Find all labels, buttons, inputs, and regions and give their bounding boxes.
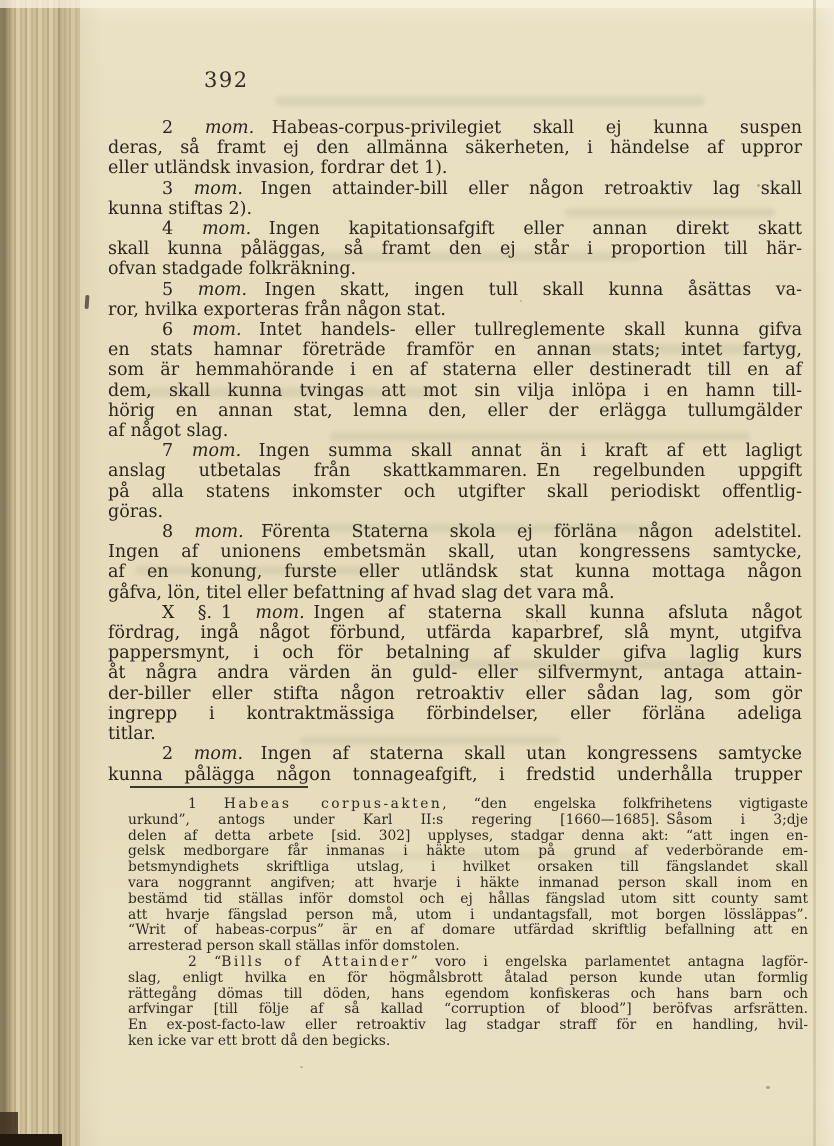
body-text-line: Ingen af unionens embetsmän skall, utan … (108, 542, 802, 562)
book-bottom-edge (0, 1134, 62, 1146)
body-text-line: på alla statens inkomster och utgifter s… (108, 482, 802, 502)
body-text-line: 8 mom. Förenta Staterna skola ej förläna… (108, 522, 802, 542)
page-right-edge (817, 0, 834, 1146)
footnote-line: bestämd tid ställas inför domstol och ej… (128, 892, 808, 908)
body-text-line: ingrepp i kontraktmässiga förbindelser, … (108, 704, 802, 724)
footnote-line: urkund”, antogs under Karl II:s regering… (128, 813, 808, 829)
footnote-line: att hvarje fängslad person må, utom i un… (128, 908, 808, 924)
scanned-book-page: 392 2 mom. Habeas-corpus-privilegiet ska… (0, 0, 834, 1146)
body-text-line: der-biller eller stifta någon retroaktiv… (108, 684, 802, 704)
body-text-line: pappersmynt, i och för betalning af skul… (108, 643, 802, 663)
body-text-line: en stats hamnar företräde framför en ann… (108, 340, 802, 360)
footnote-line: 1 Habeas corpus-akten, “den engelska fol… (128, 797, 808, 813)
footnote-line: gelsk medborgare får inmanas i häkte uto… (128, 844, 808, 860)
footnote-line: rättegång dömas till döden, hans egendom… (128, 987, 808, 1003)
footnote-line: delen af detta arbete [sid. 302] upplyse… (128, 829, 808, 845)
footnote-line: arresterad person skall ställas inför do… (128, 939, 808, 955)
footnote-line: arfvingar [till följe af så kallad “corr… (128, 1002, 808, 1018)
body-text-line: 7 mom. Ingen summa skall annat än i kraf… (108, 441, 802, 461)
footnote-line: 2 “Bills of Attainder” voro i engelska p… (128, 955, 808, 971)
body-text: 2 mom. Habeas-corpus-privilegiet skall e… (108, 118, 802, 785)
page-right-crease (813, 0, 816, 1146)
body-text-line: kunna stiftas 2). (108, 199, 802, 219)
footnote-line: betsmyndighets skriftliga utslag, i hvil… (128, 860, 808, 876)
body-text-line: gåfva, lön, titel eller befattning af hv… (108, 583, 802, 603)
body-text-line: skall kunna påläggas, så framt den ej st… (108, 239, 802, 259)
body-text-line: af något slag. (108, 421, 802, 441)
page-gutter-shadow (58, 0, 108, 1146)
footnote-text: 1 Habeas corpus-akten, “den engelska fol… (128, 797, 808, 1050)
body-text-line: göras. (108, 502, 802, 522)
body-text-line: fördrag, ingå något förbund, utfärda kap… (108, 623, 802, 643)
body-text-line: deras, så framt ej den allmänna säkerhet… (108, 138, 802, 158)
footnote-line: ken icke var ett brott då den begicks. (128, 1034, 808, 1050)
body-text-line: 6 mom. Intet handels- eller tullreglemen… (108, 320, 802, 340)
body-text-line: 4 mom. Ingen kapitationsafgift eller ann… (108, 219, 802, 239)
body-text-line: af en konung, furste eller utländsk stat… (108, 562, 802, 582)
footnote-separator (130, 786, 308, 788)
footnote-line: vara noggrannt angifven; att hvarje i hä… (128, 876, 808, 892)
body-text-line: som är hemmahörande i en af staterna ell… (108, 360, 802, 380)
body-text-line: ofvan stadgade folkräkning. (108, 259, 802, 279)
page-number: 392 (204, 68, 249, 92)
body-text-line: dem, skall kunna tvingas att mot sin vil… (108, 381, 802, 401)
body-text-line: eller utländsk invasion, fordrar det 1). (108, 158, 802, 178)
body-text-line: ror, hvilka exporteras från någon stat. (108, 300, 802, 320)
footnote-line: En ex-post-facto-law eller retroaktiv la… (128, 1018, 808, 1034)
footnote-line: “Writ of habeas-corpus” är en af domare … (128, 923, 808, 939)
page-top-edge (0, 0, 834, 8)
body-text-line: titlar. (108, 724, 802, 744)
body-text-line: X §. 1 mom. Ingen af staterna skall kunn… (108, 603, 802, 623)
body-text-line: 5 mom. Ingen skatt, ingen tull skall kun… (108, 280, 802, 300)
body-text-line: 3 mom. Ingen attainder-bill eller någon … (108, 179, 802, 199)
body-text-line: hörig en annan stat, lemna den, eller de… (108, 401, 802, 421)
body-text-line: 2 mom. Habeas-corpus-privilegiet skall e… (108, 118, 802, 138)
footnote-line: slag, enligt hvilka en för högmålsbrott … (128, 971, 808, 987)
body-text-line: kunna pålägga någon tonnageafgift, i fre… (108, 765, 802, 785)
body-text-line: åt några andra värden än guld- eller sil… (108, 663, 802, 683)
body-text-line: 2 mom. Ingen af staterna skall utan kong… (108, 744, 802, 764)
body-text-line: anslag utbetalas från skattkammaren. En … (108, 461, 802, 481)
